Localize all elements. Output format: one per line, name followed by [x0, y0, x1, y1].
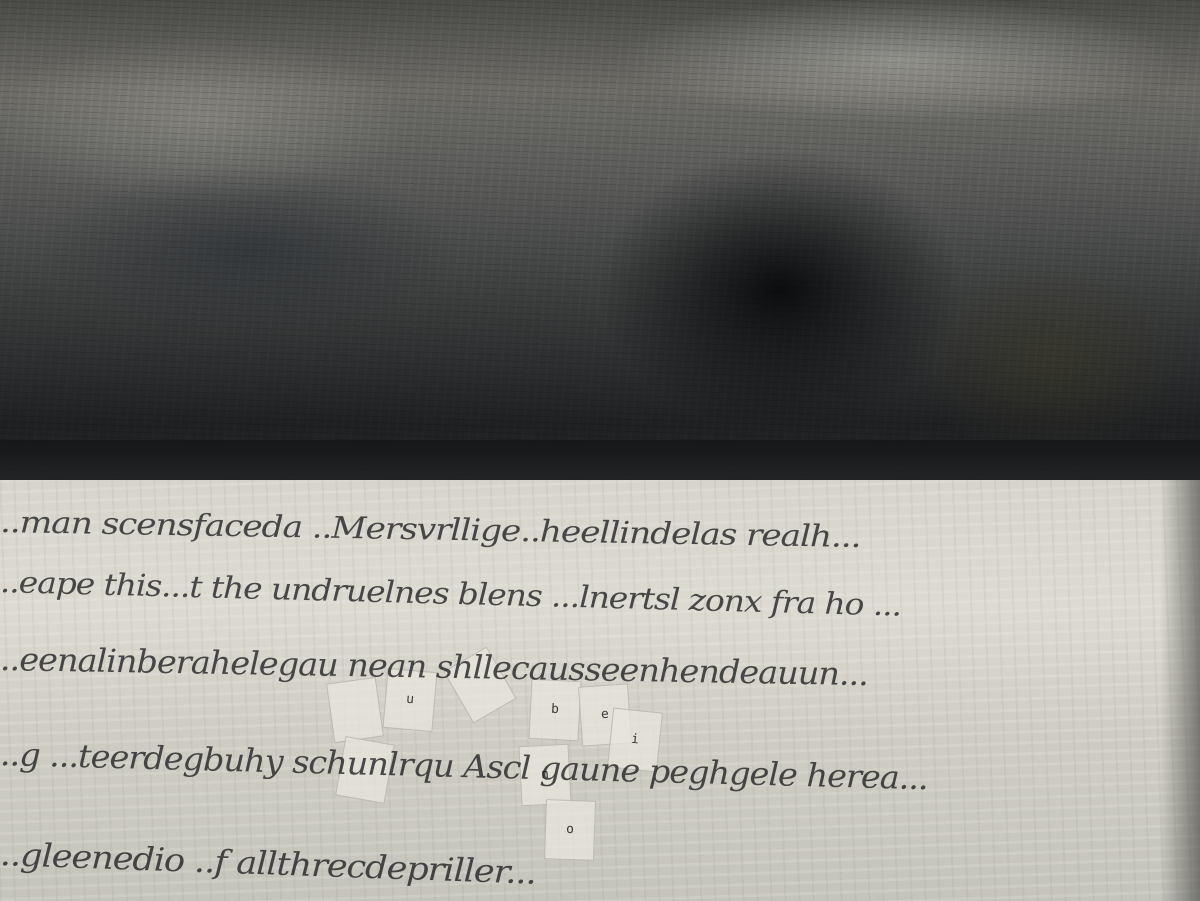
- paper-fragment: [326, 677, 384, 743]
- paper-fragment: b: [528, 679, 581, 742]
- paper-fragment: o: [544, 799, 596, 861]
- right-edge-shadow: [1160, 480, 1200, 901]
- painting-canvas: u b e i n o ..man scensfaceda ..Mersvrll…: [0, 0, 1200, 901]
- scratch-texture: [0, 0, 1200, 500]
